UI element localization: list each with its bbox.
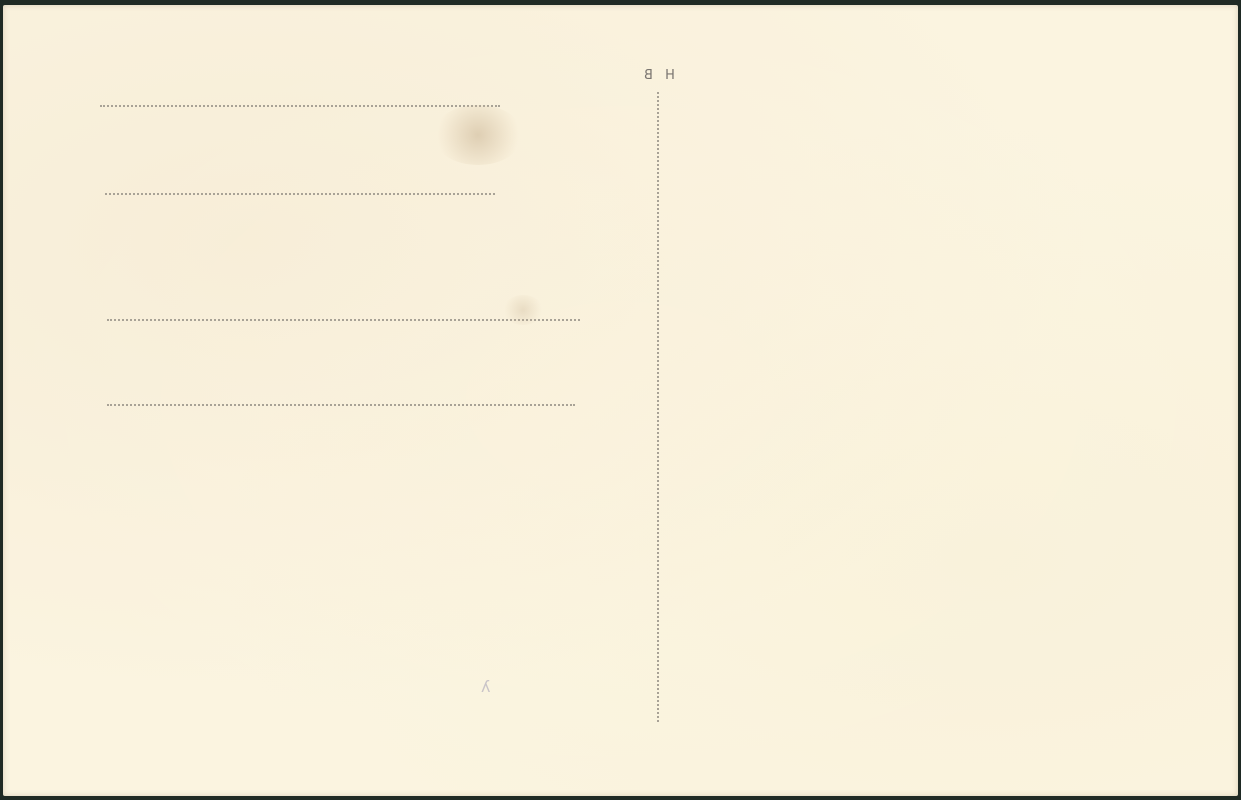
- pencil-mark: ʎ: [481, 677, 490, 696]
- address-line-1: [100, 105, 500, 107]
- paper-stain: [503, 295, 543, 325]
- publisher-mark: H B: [640, 68, 675, 83]
- address-line-2: [105, 193, 495, 195]
- postcard-back: H B ʎ: [3, 5, 1238, 796]
- paper-stain: [433, 105, 523, 165]
- center-divider: [657, 92, 659, 722]
- address-line-4: [107, 404, 575, 406]
